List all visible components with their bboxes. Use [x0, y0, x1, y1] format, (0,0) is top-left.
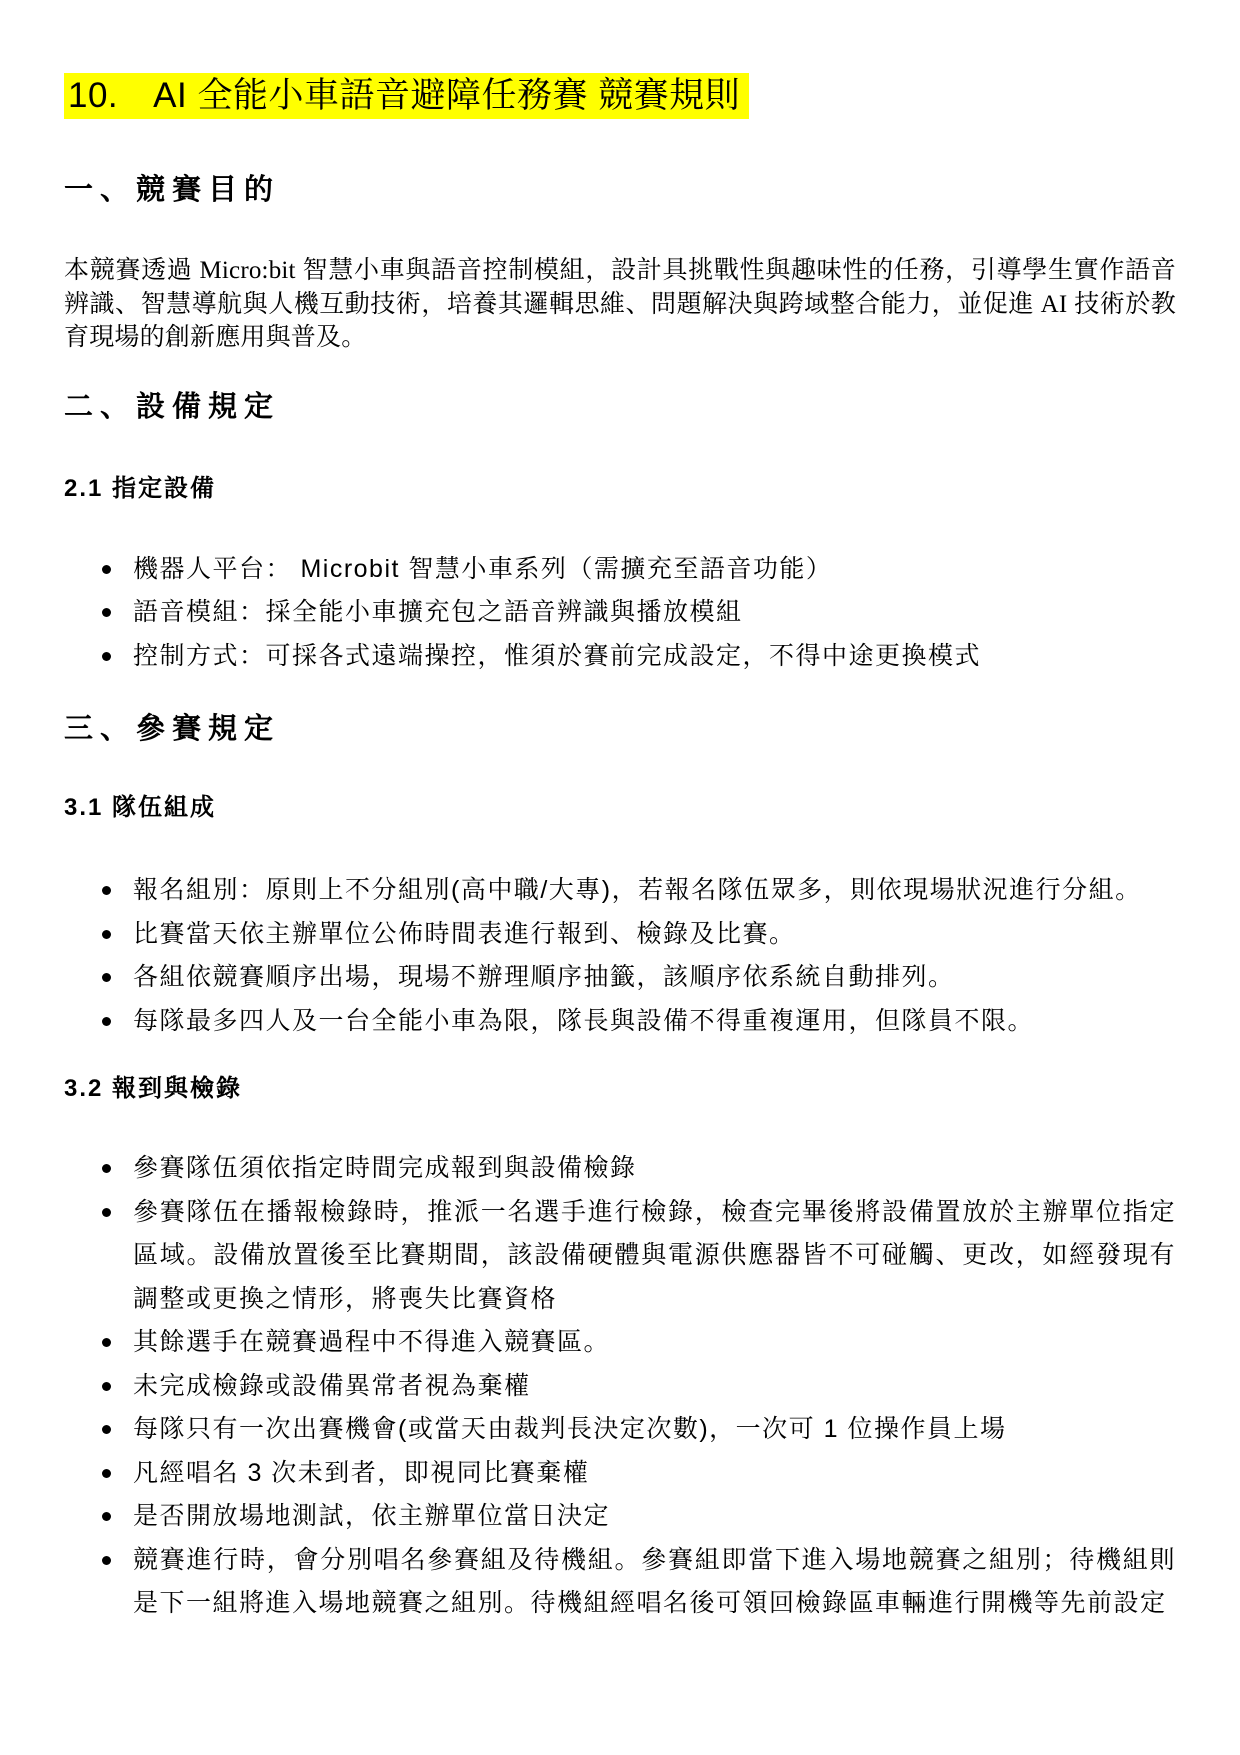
list-item: 控制方式：可採各式遠端操控，惟須於賽前完成設定，不得中途更換模式 — [133, 635, 1176, 679]
bullet-icon — [102, 973, 111, 982]
title-text: AI 全能小車語音避障任務賽 競賽規則 — [153, 76, 740, 115]
list-item-text: 是否開放場地測試，依主辦單位當日決定 — [133, 1502, 610, 1530]
list-item: 參賽隊伍須依指定時間完成報到與設備檢錄 — [133, 1147, 1176, 1191]
section-heading-2: 二、設備規定 — [64, 390, 1176, 424]
bullet-icon — [102, 608, 111, 617]
subsection-heading-3-2: 3.2 報到與檢錄 — [64, 1074, 1176, 1104]
subsection-heading-3-1: 3.1 隊伍組成 — [64, 793, 1176, 823]
list-item: 其餘選手在競賽過程中不得進入競賽區。 — [133, 1321, 1176, 1365]
section-1-paragraph: 本競賽透過 Micro:bit 智慧小車與語音控制模組，設計具挑戰性與趣味性的任… — [64, 254, 1176, 355]
list-item-text: 競賽進行時，會分別唱名參賽組及待機組。參賽組即當下進入場地競賽之組別；待機組則是… — [133, 1546, 1176, 1618]
bullet-icon — [102, 930, 111, 939]
bullet-icon — [102, 886, 111, 895]
list-item-text: 每隊只有一次出賽機會(或當天由裁判長決定次數)，一次可 1 位操作員上場 — [133, 1415, 1006, 1443]
list-item-text: 參賽隊伍在播報檢錄時，推派一名選手進行檢錄，檢查完畢後將設備置放於主辦單位指定區… — [133, 1198, 1176, 1313]
list-item-text: 參賽隊伍須依指定時間完成報到與設備檢錄 — [133, 1154, 637, 1182]
section-heading-3: 三、參賽規定 — [64, 712, 1176, 746]
bullet-list-3-2: 參賽隊伍須依指定時間完成報到與設備檢錄 參賽隊伍在播報檢錄時，推派一名選手進行檢… — [64, 1147, 1176, 1626]
list-item-text: 凡經唱名 3 次未到者，即視同比賽棄權 — [133, 1459, 589, 1487]
bullet-icon — [102, 1512, 111, 1521]
list-item: 報名組別：原則上不分組別(高中職/大專)，若報名隊伍眾多，則依現場狀況進行分組。 — [133, 869, 1176, 913]
list-item: 每隊只有一次出賽機會(或當天由裁判長決定次數)，一次可 1 位操作員上場 — [133, 1408, 1176, 1452]
bullet-icon — [102, 1469, 111, 1478]
bullet-icon — [102, 1382, 111, 1391]
list-item: 各組依競賽順序出場，現場不辦理順序抽籤，該順序依系統自動排列。 — [133, 956, 1176, 1000]
list-item-text: 機器人平台： Microbit 智慧小車系列（需擴充至語音功能） — [133, 555, 832, 583]
bullet-icon — [102, 565, 111, 574]
list-item: 每隊最多四人及一台全能小車為限，隊長與設備不得重複運用，但隊員不限。 — [133, 1000, 1176, 1044]
bullet-icon — [102, 1164, 111, 1173]
bullet-icon — [102, 1425, 111, 1434]
bullet-icon — [102, 1556, 111, 1565]
title-number: 10. — [68, 73, 118, 119]
list-item-text: 報名組別：原則上不分組別(高中職/大專)，若報名隊伍眾多，則依現場狀況進行分組。 — [133, 876, 1142, 904]
document-page: { "doc": { "title": { "number": "10.", "… — [0, 0, 1240, 1755]
list-item: 機器人平台： Microbit 智慧小車系列（需擴充至語音功能） — [133, 548, 1176, 592]
list-item-text: 每隊最多四人及一台全能小車為限，隊長與設備不得重複運用，但隊員不限。 — [133, 1007, 1034, 1035]
list-item: 凡經唱名 3 次未到者，即視同比賽棄權 — [133, 1452, 1176, 1496]
section-heading-1: 一、競賽目的 — [64, 173, 1176, 207]
list-item: 參賽隊伍在播報檢錄時，推派一名選手進行檢錄，檢查完畢後將設備置放於主辦單位指定區… — [133, 1191, 1176, 1322]
list-item-text: 控制方式：可採各式遠端操控，惟須於賽前完成設定，不得中途更換模式 — [133, 642, 981, 670]
bullet-list-2-1: 機器人平台： Microbit 智慧小車系列（需擴充至語音功能） 語音模組：採全… — [64, 548, 1176, 679]
subsection-heading-2-1: 2.1 指定設備 — [64, 474, 1176, 504]
list-item: 未完成檢錄或設備異常者視為棄權 — [133, 1365, 1176, 1409]
bullet-icon — [102, 1208, 111, 1217]
list-item-text: 語音模組：採全能小車擴充包之語音辨識與播放模組 — [133, 598, 743, 626]
title-highlight: 10.AI 全能小車語音避障任務賽 競賽規則 — [64, 73, 749, 119]
bullet-icon — [102, 1017, 111, 1026]
list-item: 競賽進行時，會分別唱名參賽組及待機組。參賽組即當下進入場地競賽之組別；待機組則是… — [133, 1539, 1176, 1626]
list-item-text: 其餘選手在競賽過程中不得進入競賽區。 — [133, 1328, 610, 1356]
list-item: 比賽當天依主辦單位公佈時間表進行報到、檢錄及比賽。 — [133, 913, 1176, 957]
bullet-list-3-1: 報名組別：原則上不分組別(高中職/大專)，若報名隊伍眾多，則依現場狀況進行分組。… — [64, 869, 1176, 1043]
list-item-text: 未完成檢錄或設備異常者視為棄權 — [133, 1372, 531, 1400]
bullet-icon — [102, 652, 111, 661]
bullet-icon — [102, 1338, 111, 1347]
page-title: 10.AI 全能小車語音避障任務賽 競賽規則 — [64, 73, 1176, 119]
list-item: 是否開放場地測試，依主辦單位當日決定 — [133, 1495, 1176, 1539]
list-item: 語音模組：採全能小車擴充包之語音辨識與播放模組 — [133, 591, 1176, 635]
list-item-text: 比賽當天依主辦單位公佈時間表進行報到、檢錄及比賽。 — [133, 920, 796, 948]
list-item-text: 各組依競賽順序出場，現場不辦理順序抽籤，該順序依系統自動排列。 — [133, 963, 955, 991]
